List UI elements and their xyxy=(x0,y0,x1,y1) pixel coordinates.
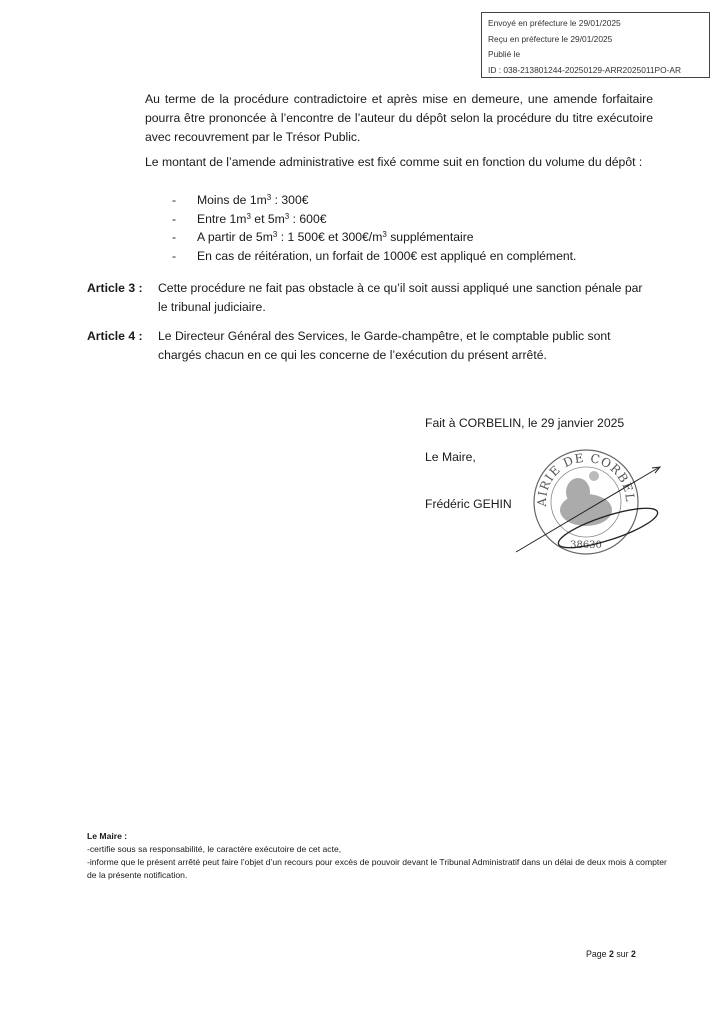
prefecture-transmission-stamp: Envoyé en préfecture le 29/01/2025 Reçu … xyxy=(481,12,710,78)
signatory-name: Frédéric GEHIN xyxy=(425,495,512,514)
list-item: - A partir de 5m3 : 1 500€ et 300€/m3 su… xyxy=(145,228,653,247)
act-id: ID : 038-213801244-20250129-ARR2025011PO… xyxy=(488,63,709,79)
sent-date: Envoyé en préfecture le 29/01/2025 xyxy=(488,16,709,32)
notice-line-appeal: -informe que le présent arrêté peut fair… xyxy=(87,856,667,882)
article-text: Le Directeur Général des Services, le Ga… xyxy=(158,327,653,365)
page-number: Page 2 sur 2 xyxy=(586,949,636,959)
fine-list: - Moins de 1m3 : 300€ - Entre 1m3 et 5m3… xyxy=(145,191,653,265)
article-label: Article 3 : xyxy=(87,279,143,298)
notice-line-certify: -certifie sous sa responsabilité, le car… xyxy=(87,843,667,856)
article-label: Article 4 : xyxy=(87,327,143,346)
town-seal-icon: MAIRIE DE CORBELIN 38630 xyxy=(508,440,668,560)
list-item: - Moins de 1m3 : 300€ xyxy=(145,191,653,210)
list-item: - En cas de réitération, un forfait de 1… xyxy=(145,247,653,266)
paragraph-procedure: Au terme de la procédure contradictoire … xyxy=(145,90,653,147)
article-text: Cette procédure ne fait pas obstacle à c… xyxy=(158,279,653,317)
notice-title: Le Maire : xyxy=(87,830,667,843)
place-and-date: Fait à CORBELIN, le 29 janvier 2025 xyxy=(425,414,624,433)
legal-notice: Le Maire : -certifie sous sa responsabil… xyxy=(87,830,667,882)
list-item: - Entre 1m3 et 5m3 : 600€ xyxy=(145,210,653,229)
paragraph-amount: Le montant de l’amende administrative es… xyxy=(145,153,653,172)
received-date: Reçu en préfecture le 29/01/2025 xyxy=(488,32,709,48)
signatory-role: Le Maire, xyxy=(425,448,476,467)
published-date: Publié le xyxy=(488,47,709,63)
